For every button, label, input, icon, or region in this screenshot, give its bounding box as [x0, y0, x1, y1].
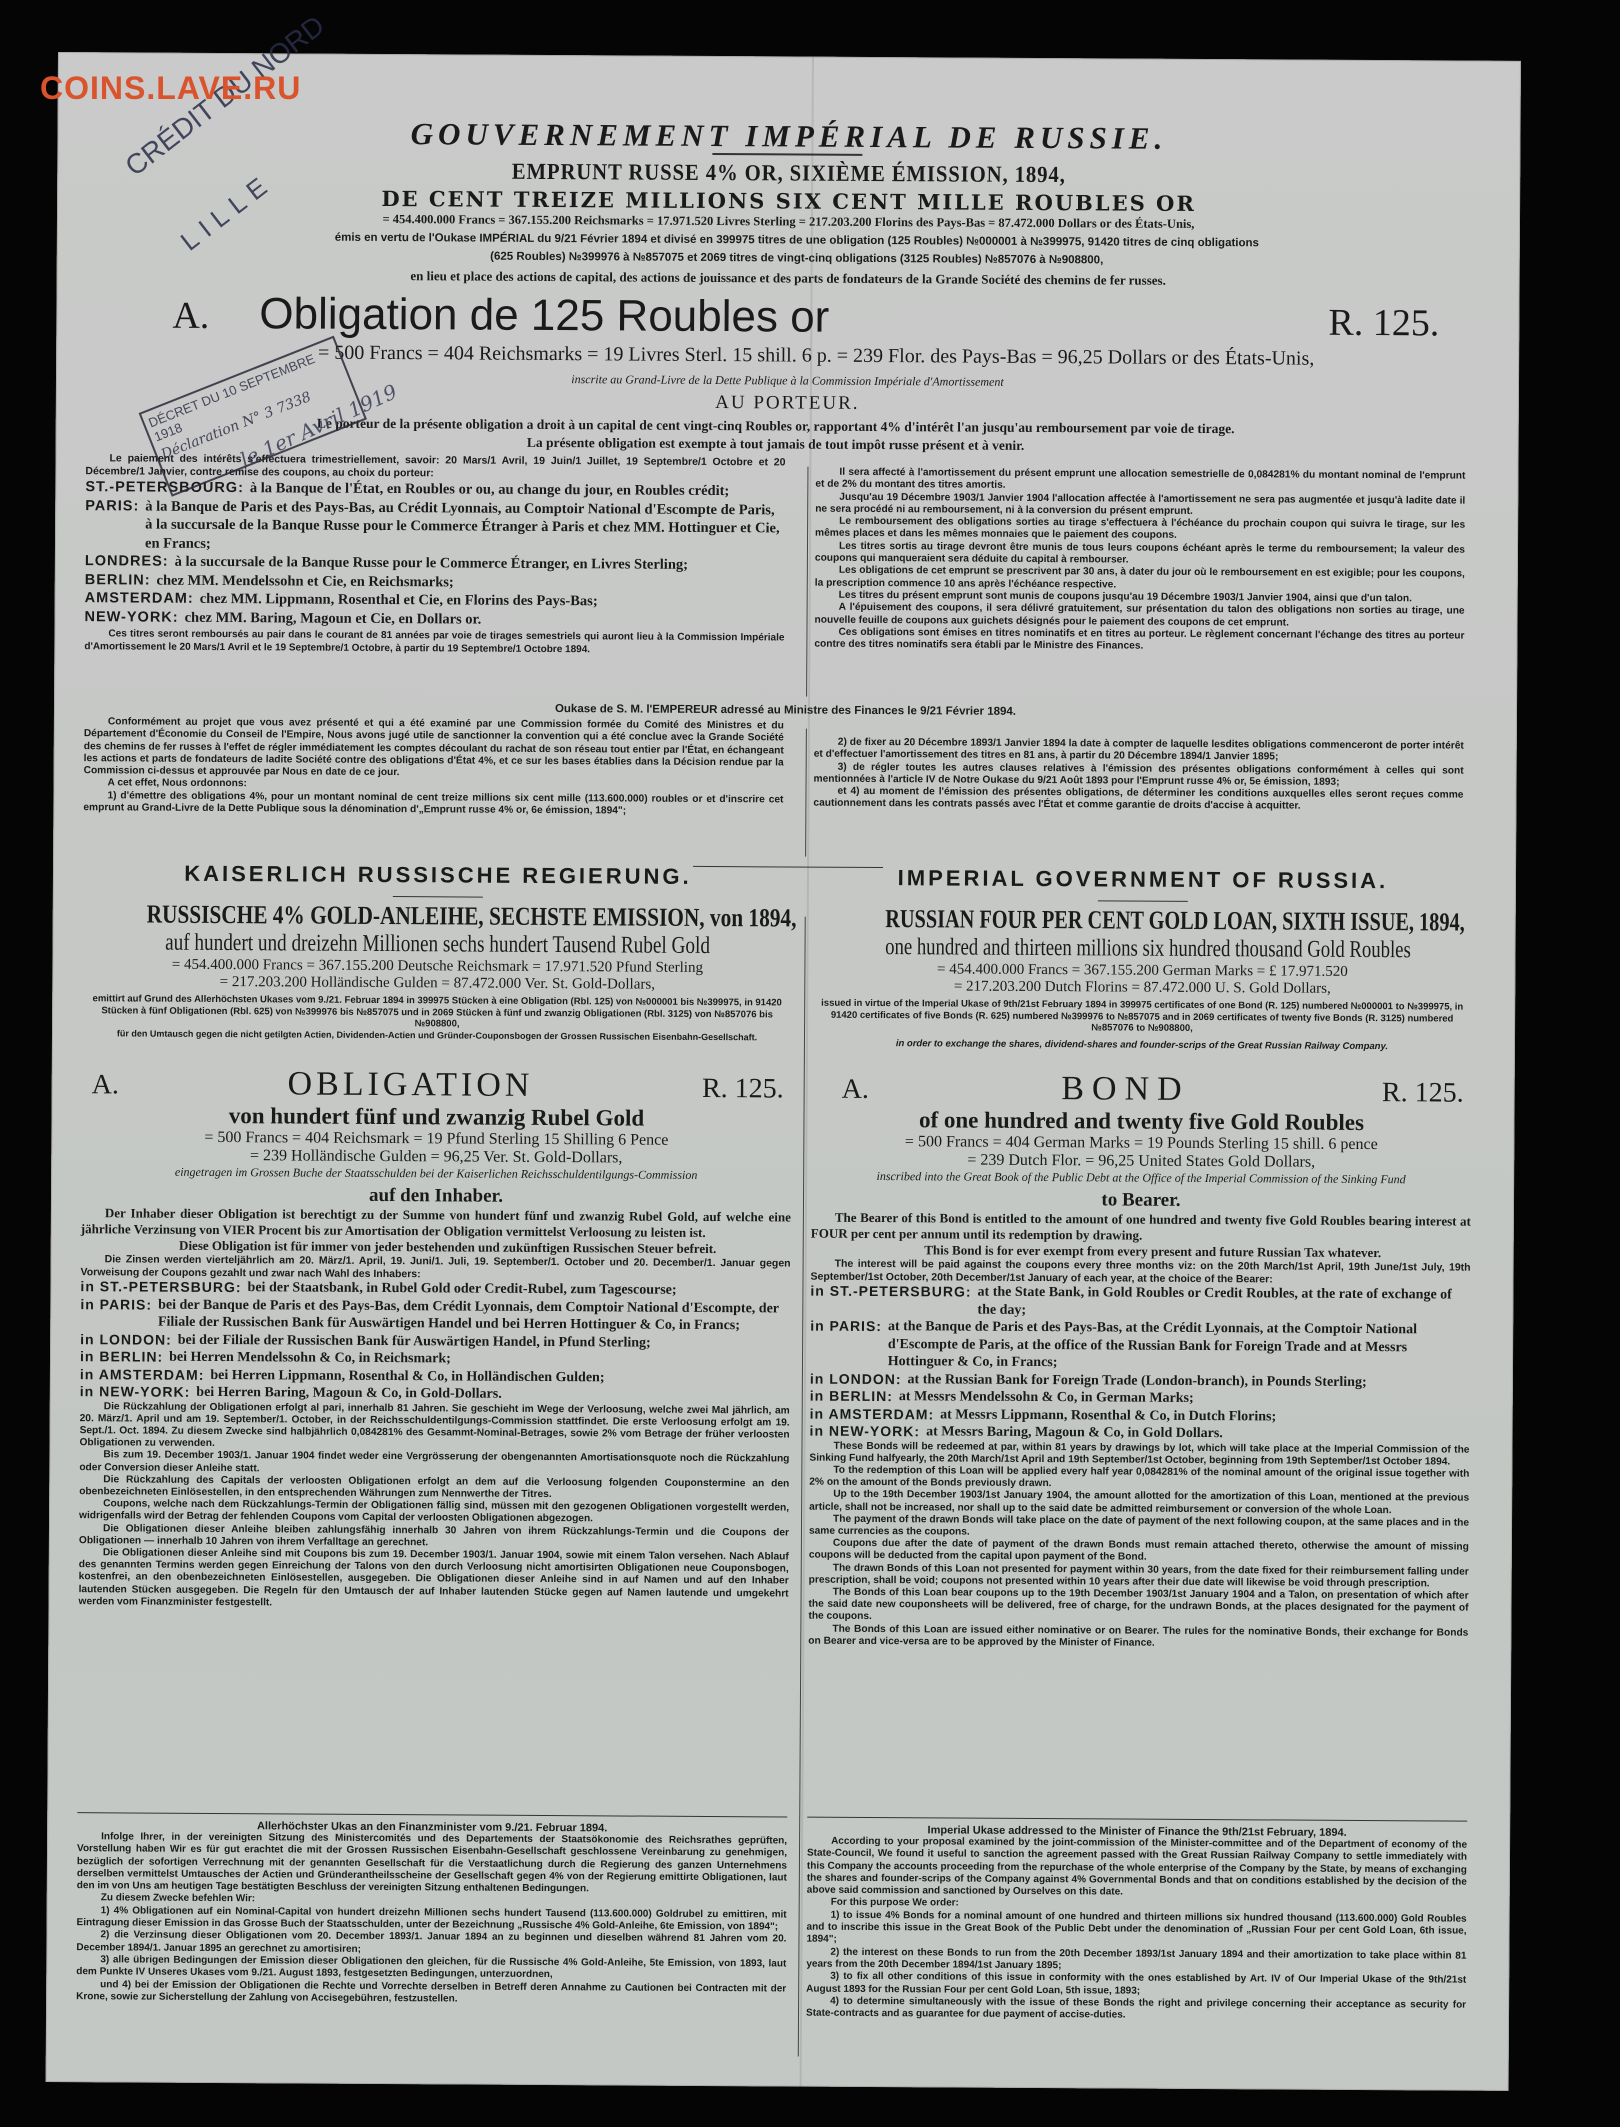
english-terms: These Bonds will be redeemed at par, wit…: [808, 1440, 1469, 1651]
pay-place-1: PARIS:à la Banque de Paris et des Pays-B…: [85, 497, 785, 557]
paragraph: 1) d'émettre des obligations 4%, pour un…: [83, 790, 783, 819]
pay-place-text: bei der Banque de Paris et des Pays-Bas,…: [158, 1296, 790, 1335]
paragraph: 3) alle übrigen Bedingungen der Emission…: [76, 1954, 786, 1983]
bond-document: GOUVERNEMENT IMPÉRIAL DE RUSSIE. EMPRUNT…: [46, 52, 1521, 2091]
paragraph: Ces obligations sont émises en titres no…: [814, 626, 1464, 655]
german-obligation: A. OBLIGATION R. 125. von hundert fünf u…: [78, 1064, 791, 1612]
pay-place-city: in ST.-PETERSBURG:: [810, 1283, 971, 1319]
bond-title: BOND: [1061, 1070, 1190, 1109]
series-letter: A.: [172, 294, 209, 338]
paragraph: A l'épuisement des coupons, il sera déli…: [815, 602, 1465, 631]
pay-place-city: NEW-YORK:: [84, 608, 178, 627]
german-inscription: eingetragen im Grossen Buche der Staatss…: [81, 1164, 791, 1183]
paragraph: Coupons due after the date of payment of…: [809, 1538, 1469, 1566]
pay-place-city: in AMSTERDAM:: [80, 1366, 205, 1384]
german-title: KAISERLICH RUSSISCHE REGIERUNG.: [83, 860, 793, 890]
pay-place-city: AMSTERDAM:: [85, 589, 194, 608]
german-amount-title: auf hundert und dreizehn Millionen sechs…: [153, 930, 721, 960]
english-bearer-para1: The Bearer of this Bond is entitled to t…: [811, 1210, 1471, 1246]
site-watermark: COINS.LAVE.RU: [40, 70, 301, 107]
pay-place-text: at the Banque de Paris et des Pays-Bas, …: [888, 1318, 1471, 1374]
pay-place-text: chez MM. Mendelssohn et Cie, en Reichsma…: [157, 571, 454, 591]
pay-place-city: in PARIS:: [80, 1296, 152, 1331]
german-bearer-para1: Der Inhaber dieser Obligation ist berech…: [81, 1205, 791, 1241]
paragraph: Up to the 19th December 1903/1st January…: [809, 1489, 1469, 1517]
paragraph: The Bonds of this Loan are issued either…: [808, 1623, 1468, 1651]
series-letter: A.: [842, 1074, 869, 1106]
paragraph: Die Rückzahlung der Obligationen erfolgt…: [79, 1401, 789, 1454]
series-letter: A.: [92, 1069, 119, 1101]
paragraph: The Bonds of this Loan bear coupons up t…: [808, 1587, 1468, 1628]
denomination: R. 125.: [702, 1073, 784, 1105]
pay-place-text: at the State Bank, in Gold Roubles or Cr…: [977, 1284, 1470, 1322]
pay-place-5: NEW-YORK:chez MM. Baring, Magoun et Cie,…: [84, 608, 784, 631]
pay-place-text: at Messrs Lippmann, Rosenthal & Co, in D…: [940, 1406, 1276, 1426]
pay-place-1: in PARIS:at the Banque de Paris et des P…: [810, 1318, 1470, 1375]
french-right-column: Il sera affecté à l'amortissement du pré…: [814, 467, 1465, 655]
pay-place-city: in AMSTERDAM:: [810, 1405, 935, 1423]
english-ukase: Imperial Ukase addressed to the Minister…: [806, 1817, 1467, 2024]
german-pay-places: in ST.-PETERSBURG:bei der Staatsbank, in…: [80, 1278, 791, 1405]
pay-place-1: in PARIS:bei der Banque de Paris et des …: [80, 1296, 790, 1335]
pay-place-city: in NEW-YORK:: [80, 1383, 191, 1401]
english-value-title: of one hundred and twenty five Gold Roub…: [811, 1107, 1471, 1137]
english-bond: A. BOND R. 125. of one hundred and twent…: [808, 1069, 1472, 1652]
paragraph: et 4) au moment de l'émission des présen…: [813, 786, 1463, 815]
paragraph: 1) to issue 4% Bonds for a nominal amoun…: [806, 1909, 1466, 1950]
german-loan-title: RUSSISCHE 4% GOLD-ANLEIHE, SECHSTE EMISS…: [147, 900, 729, 934]
german-obligation-heading: A. OBLIGATION R. 125.: [82, 1064, 792, 1106]
paragraph: Die Obligationen dieser Anleihe sind mit…: [78, 1547, 788, 1612]
paragraph: 4) to determine simultaneously with the …: [806, 1995, 1466, 2024]
paragraph: 2) de fixer au 20 Décembre 1893/1 Janvie…: [814, 737, 1464, 766]
english-amount-title: one hundred and thirteen millions six hu…: [885, 934, 1400, 964]
pay-place-text: à la Banque de Paris et des Pays-Bas, au…: [145, 497, 785, 556]
pay-place-city: in LONDON:: [80, 1331, 172, 1349]
english-header: IMPERIAL GOVERNMENT OF RUSSIA. RUSSIAN F…: [812, 865, 1473, 1055]
english-issue: issued in virtue of the Imperial Ukase o…: [812, 998, 1472, 1037]
french-obligation-heading: A. Obligation de 125 Roubles or R. 125.: [56, 288, 1519, 347]
french-pay-places: ST.-PETERSBOURG:à la Banque de l'État, e…: [84, 478, 785, 630]
english-pay-places: in ST.-PETERSBURG:at the State Bank, in …: [810, 1283, 1471, 1445]
english-loan-title: RUSSIAN FOUR PER CENT GOLD LOAN, SIXTH I…: [885, 904, 1400, 937]
denomination: R. 125.: [1382, 1077, 1464, 1109]
pay-place-city: BERLIN:: [85, 571, 151, 590]
paragraph: Conformément au projet que vous avez pré…: [84, 716, 784, 782]
pay-place-text: bei Herren Mendelssohn & Co, in Reichsma…: [169, 1349, 451, 1368]
pay-place-text: chez MM. Lippmann, Rosenthal et Cie, en …: [200, 590, 598, 611]
french-ukase-right: 2) de fixer au 20 Décembre 1893/1 Janvie…: [813, 737, 1463, 815]
english-inscription: inscribed into the Great Book of the Pub…: [811, 1169, 1471, 1188]
pay-place-city: in BERLIN:: [810, 1388, 893, 1406]
pay-place-0: in ST.-PETERSBURG:at the State Bank, in …: [810, 1283, 1470, 1322]
pay-place-city: in NEW-YORK:: [810, 1423, 921, 1441]
german-terms: Die Rückzahlung der Obligationen erfolgt…: [78, 1401, 789, 1613]
english-title: IMPERIAL GOVERNMENT OF RUSSIA.: [813, 865, 1473, 895]
paragraph: und 4) bei der Emission der Obligationen…: [76, 1979, 786, 2008]
paragraph: Infolge Ihrer, in der vereinigten Sitzun…: [77, 1831, 787, 1897]
obligation-title: OBLIGATION: [287, 1065, 533, 1105]
french-title: GOUVERNEMENT IMPÉRIAL DE RUSSIE.: [57, 114, 1520, 159]
french-ukase-left: Conformément au projet que vous avez pré…: [83, 716, 784, 819]
pay-place-city: in LONDON:: [810, 1370, 902, 1388]
english-equiv2: = 217.203.200 Dutch Florins = 87.472.000…: [812, 978, 1472, 999]
english-exchange: in order to exchange the shares, dividen…: [812, 1035, 1472, 1054]
pay-place-city: in PARIS:: [810, 1318, 882, 1371]
pay-place-city: in BERLIN:: [80, 1348, 163, 1366]
pay-place-text: at Messrs Mendelssohn & Co, in German Ma…: [899, 1388, 1194, 1407]
german-ukase-body: Infolge Ihrer, in der vereinigten Sitzun…: [76, 1831, 787, 2007]
obligation-title: Obligation de 125 Roubles or: [259, 289, 829, 342]
german-header: KAISERLICH RUSSISCHE REGIERUNG. RUSSISCH…: [82, 860, 793, 1043]
pay-place-city: in ST.-PETERSBURG:: [80, 1278, 241, 1296]
paragraph: According to your proposal examined by t…: [807, 1836, 1467, 1902]
denomination: R. 125.: [1328, 301, 1439, 346]
pay-place-text: bei Herren Baring, Magoun & Co, in Gold-…: [196, 1384, 502, 1403]
english-ukase-body: According to your proposal examined by t…: [806, 1836, 1467, 2024]
pay-place-city: PARIS:: [85, 497, 139, 553]
paragraph: Le remboursement des obligations sorties…: [815, 516, 1465, 545]
paragraph: Coupons, welche nach dem Rückzahlungs-Te…: [79, 1498, 789, 1527]
pay-place-city: LONDRES:: [85, 552, 169, 571]
english-bond-heading: A. BOND R. 125.: [812, 1069, 1472, 1111]
pay-place-text: chez MM. Baring, Magoun et Cie, en Dolla…: [185, 608, 482, 628]
german-issue: emittirt auf Grund des Allerhöchsten Uka…: [82, 993, 792, 1032]
pay-place-text: at Messrs Baring, Magoun & Co, in Gold D…: [926, 1423, 1223, 1442]
german-ukase: Allerhöchster Ukas an den Finanzminister…: [76, 1812, 787, 2007]
french-redemption: Ces titres seront remboursés au pair dan…: [84, 628, 784, 657]
title-rule: [712, 153, 862, 156]
french-exchange-line: en lieu et place des actions de capital,…: [57, 266, 1520, 291]
paragraph: Il sera affecté à l'amortissement du pré…: [815, 467, 1465, 496]
